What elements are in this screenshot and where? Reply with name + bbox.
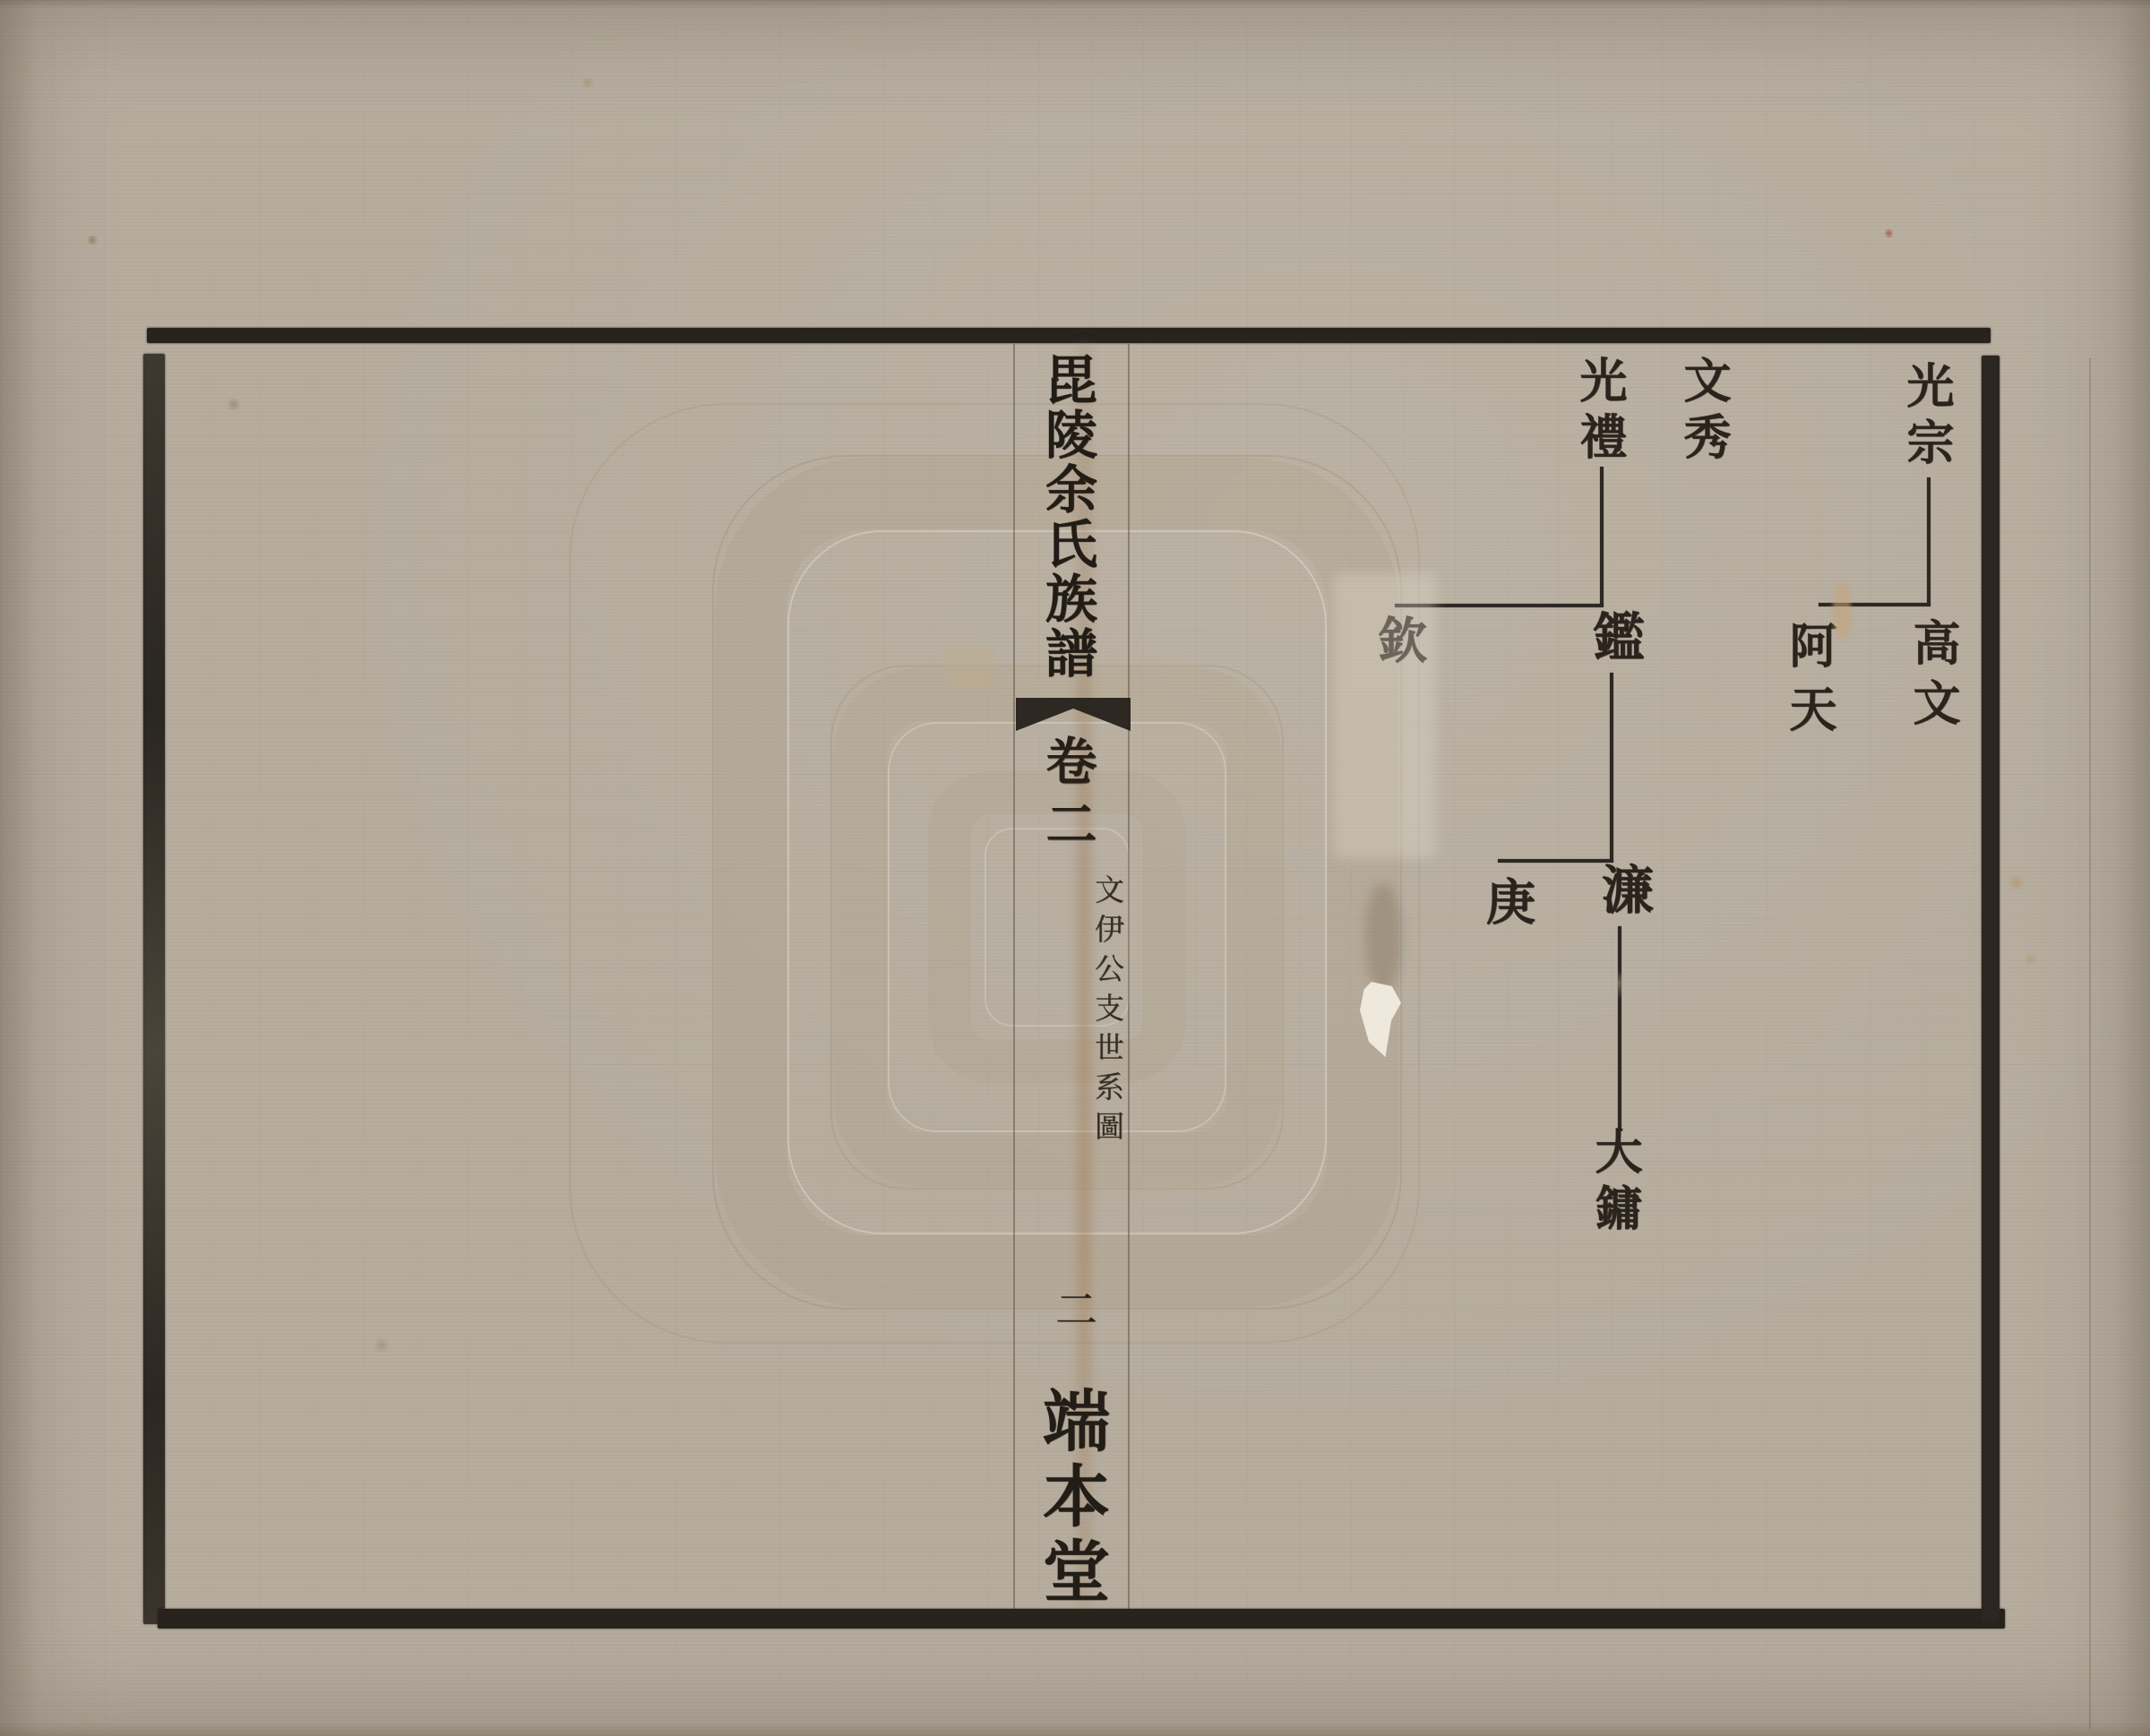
frame-bottom-border [158, 1609, 2005, 1629]
paper-smudge [1365, 883, 1401, 991]
paper-stain [1833, 584, 1851, 638]
frame-top-border [147, 328, 1991, 343]
frame-right-border [1982, 356, 1999, 1623]
book-title: 毘陵余氏族譜 [1041, 353, 1093, 681]
page-number: 二 [1052, 1287, 1094, 1329]
tree-node-gaowen: 高文 [1909, 618, 1956, 738]
branch-chart-subtitle: 文伊公支世系圖 [1093, 874, 1122, 1150]
tree-node-geng: 庚 [1483, 876, 1532, 925]
tree-node-dayong: 大鏞 [1591, 1127, 1638, 1240]
paper-stain [373, 1338, 391, 1353]
connector-lian-down [1618, 926, 1621, 1129]
volume-label: 卷二 [1042, 735, 1093, 860]
connector-guangzong-down [1927, 477, 1931, 606]
paper-repair-band [1333, 573, 1436, 858]
fold-column-line-left [1013, 344, 1015, 1609]
fishtail-ornament-icon [1016, 695, 1131, 733]
watermark-logo [564, 399, 1424, 1348]
connector-guangli-down [1600, 467, 1604, 606]
frame-left-border [143, 354, 165, 1624]
tree-node-atian: 阿天 [1785, 621, 1833, 748]
paper-repair-patch [1360, 982, 1401, 1057]
paper-stain [86, 235, 99, 245]
adjacent-page-edge-line [2089, 358, 2091, 1729]
tree-node-lian: 濂 [1597, 863, 1649, 915]
tree-node-wenxiu: 文秀 [1680, 356, 1727, 468]
tree-node-jian: 鑑 [1588, 610, 1640, 662]
paper-stain [580, 77, 595, 89]
tree-node-guangli: 光禮 [1576, 356, 1623, 468]
paper-stain [1885, 228, 1893, 239]
tree-node-guangzong: 光宗 [1903, 361, 1950, 474]
paper-stain [2007, 874, 2026, 890]
paper-stain [226, 398, 242, 411]
hall-name: 端本堂 [1037, 1386, 1105, 1611]
paper-stain [2023, 953, 2038, 966]
connector-jian-down [1610, 673, 1613, 862]
fold-column-line-right [1128, 344, 1130, 1609]
genealogy-page-scan: 毘陵余氏族譜 卷二 文伊公支世系圖 二 端本堂 光宗 文秀 光禮 高文 阿天 鑑… [0, 0, 2150, 1736]
